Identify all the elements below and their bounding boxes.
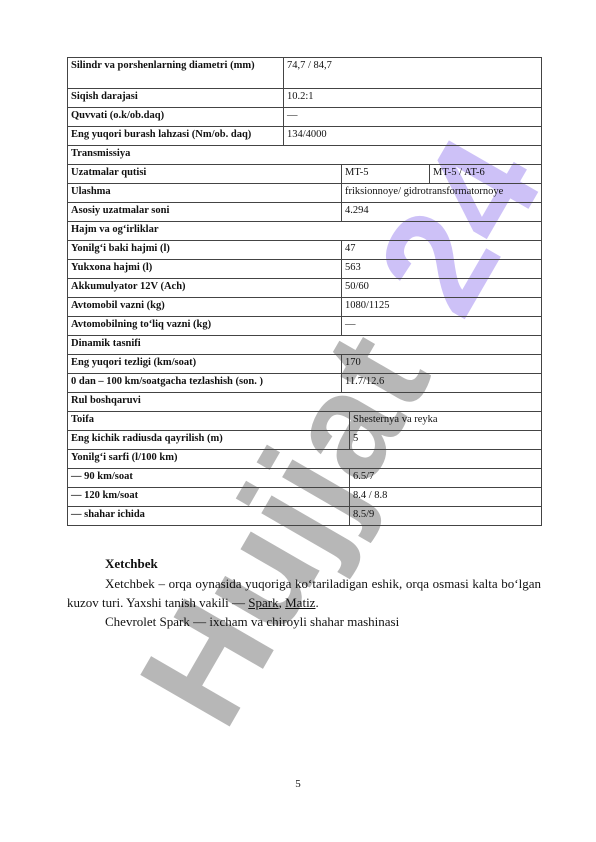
table-row: Uzatmalar qutisiMT-5MT-5 / AT-6 <box>68 165 542 184</box>
row-label: Ulashma <box>68 184 342 203</box>
row-label: Quvvati (o.k/ob.daq) <box>68 108 284 127</box>
table-row: Silindr va porshenlarning diametri (mm)7… <box>68 58 542 89</box>
table-row: — shahar ichida8.5/9 <box>68 507 542 526</box>
row-value: friksionnoye/ gidrotransformatornoye <box>342 184 542 203</box>
row-label: Uzatmalar qutisi <box>68 165 342 184</box>
table-row: Quvvati (o.k/ob.daq)— <box>68 108 542 127</box>
table-section-row: Transmissiya <box>68 146 542 165</box>
row-value: 4.294 <box>342 203 542 222</box>
section-heading: Xetchbek <box>67 554 541 573</box>
row-value: 6.5/7 <box>350 469 542 488</box>
row-label: Toifa <box>68 412 350 431</box>
table-row: Siqish darajasi10.2:1 <box>68 89 542 108</box>
row-label: Avtomobil vazni (kg) <box>68 298 342 317</box>
table-row: Avtomobilning to‘liq vazni (kg)— <box>68 317 542 336</box>
paragraph-end: . <box>315 595 318 610</box>
document-page: Hujjat 24 Silindr va porshenlarning diam… <box>0 0 596 842</box>
row-label: Eng yuqori tezligi (km/soat) <box>68 355 342 374</box>
table-row: Eng kichik radiusda qayrilish (m)5 <box>68 431 542 450</box>
paragraph-spark: Chevrolet Spark — ixcham va chiroyli sha… <box>67 612 541 631</box>
row-value: 563 <box>342 260 542 279</box>
page-number: 5 <box>0 778 596 790</box>
row-label: Siqish darajasi <box>68 89 284 108</box>
row-value: — <box>342 317 542 336</box>
table-row: ToifaShesternya va reyka <box>68 412 542 431</box>
paragraph-hatchback: Xetchbek – orqa oynasida yuqoriga ko‘tar… <box>67 574 541 612</box>
table-row: Ulashmafriksionnoye/ gidrotransformatorn… <box>68 184 542 203</box>
table-row: Eng yuqori tezligi (km/soat)170 <box>68 355 542 374</box>
section-label: Rul boshqaruvi <box>68 393 542 412</box>
row-value: 47 <box>342 241 542 260</box>
row-label: — shahar ichida <box>68 507 350 526</box>
row-value: 11.7/12.6 <box>342 374 542 393</box>
row-label: Yonilg‘i baki hajmi (l) <box>68 241 342 260</box>
table-section-row: Dinamik tasnifi <box>68 336 542 355</box>
section-label: Dinamik tasnifi <box>68 336 542 355</box>
table-row: 0 dan – 100 km/soatgacha tezlashish (son… <box>68 374 542 393</box>
row-value: 1080/1125 <box>342 298 542 317</box>
row-label: Silindr va porshenlarning diametri (mm) <box>68 58 284 89</box>
row-value: 50/60 <box>342 279 542 298</box>
row-label: Avtomobilning to‘liq vazni (kg) <box>68 317 342 336</box>
row-value: 10.2:1 <box>284 89 542 108</box>
row-value: 170 <box>342 355 542 374</box>
row-value: 8.4 / 8.8 <box>350 488 542 507</box>
link-spark[interactable]: Spark <box>248 595 278 610</box>
table-section-row: Hajm va og‘irliklar <box>68 222 542 241</box>
row-label: Yukxona hajmi (l) <box>68 260 342 279</box>
table-row: Eng yuqori burash lahzasi (Nm/ob. daq)13… <box>68 127 542 146</box>
row-value: — <box>284 108 542 127</box>
table-section-row: Rul boshqaruvi <box>68 393 542 412</box>
row-label: Eng yuqori burash lahzasi (Nm/ob. daq) <box>68 127 284 146</box>
specifications-table: Silindr va porshenlarning diametri (mm)7… <box>67 57 542 526</box>
table-section-row: Yonilg‘i sarfi (l/100 km) <box>68 450 542 469</box>
row-label: Eng kichik radiusda qayrilish (m) <box>68 431 350 450</box>
row-value: 8.5/9 <box>350 507 542 526</box>
row-value-2: MT-5 / AT-6 <box>430 165 542 184</box>
row-value: 134/4000 <box>284 127 542 146</box>
row-label: Akkumulyator 12V (Ach) <box>68 279 342 298</box>
row-label: Asosiy uzatmalar soni <box>68 203 342 222</box>
link-matiz[interactable]: Matiz <box>285 595 315 610</box>
body-text: Xetchbek Xetchbek – orqa oynasida yuqori… <box>67 554 541 631</box>
row-label: 0 dan – 100 km/soatgacha tezlashish (son… <box>68 374 342 393</box>
section-label: Hajm va og‘irliklar <box>68 222 542 241</box>
row-label: — 90 km/soat <box>68 469 350 488</box>
table-row: Avtomobil vazni (kg)1080/1125 <box>68 298 542 317</box>
row-value: MT-5 <box>342 165 430 184</box>
row-value: 74,7 / 84,7 <box>284 58 542 89</box>
table-row: Yukxona hajmi (l)563 <box>68 260 542 279</box>
table-row: Akkumulyator 12V (Ach)50/60 <box>68 279 542 298</box>
row-label: — 120 km/soat <box>68 488 350 507</box>
row-value: Shesternya va reyka <box>350 412 542 431</box>
row-value: 5 <box>350 431 542 450</box>
table-row: Yonilg‘i baki hajmi (l)47 <box>68 241 542 260</box>
section-label: Transmissiya <box>68 146 542 165</box>
table-row: — 120 km/soat8.4 / 8.8 <box>68 488 542 507</box>
section-label: Yonilg‘i sarfi (l/100 km) <box>68 450 542 469</box>
table-row: Asosiy uzatmalar soni4.294 <box>68 203 542 222</box>
table-row: — 90 km/soat6.5/7 <box>68 469 542 488</box>
